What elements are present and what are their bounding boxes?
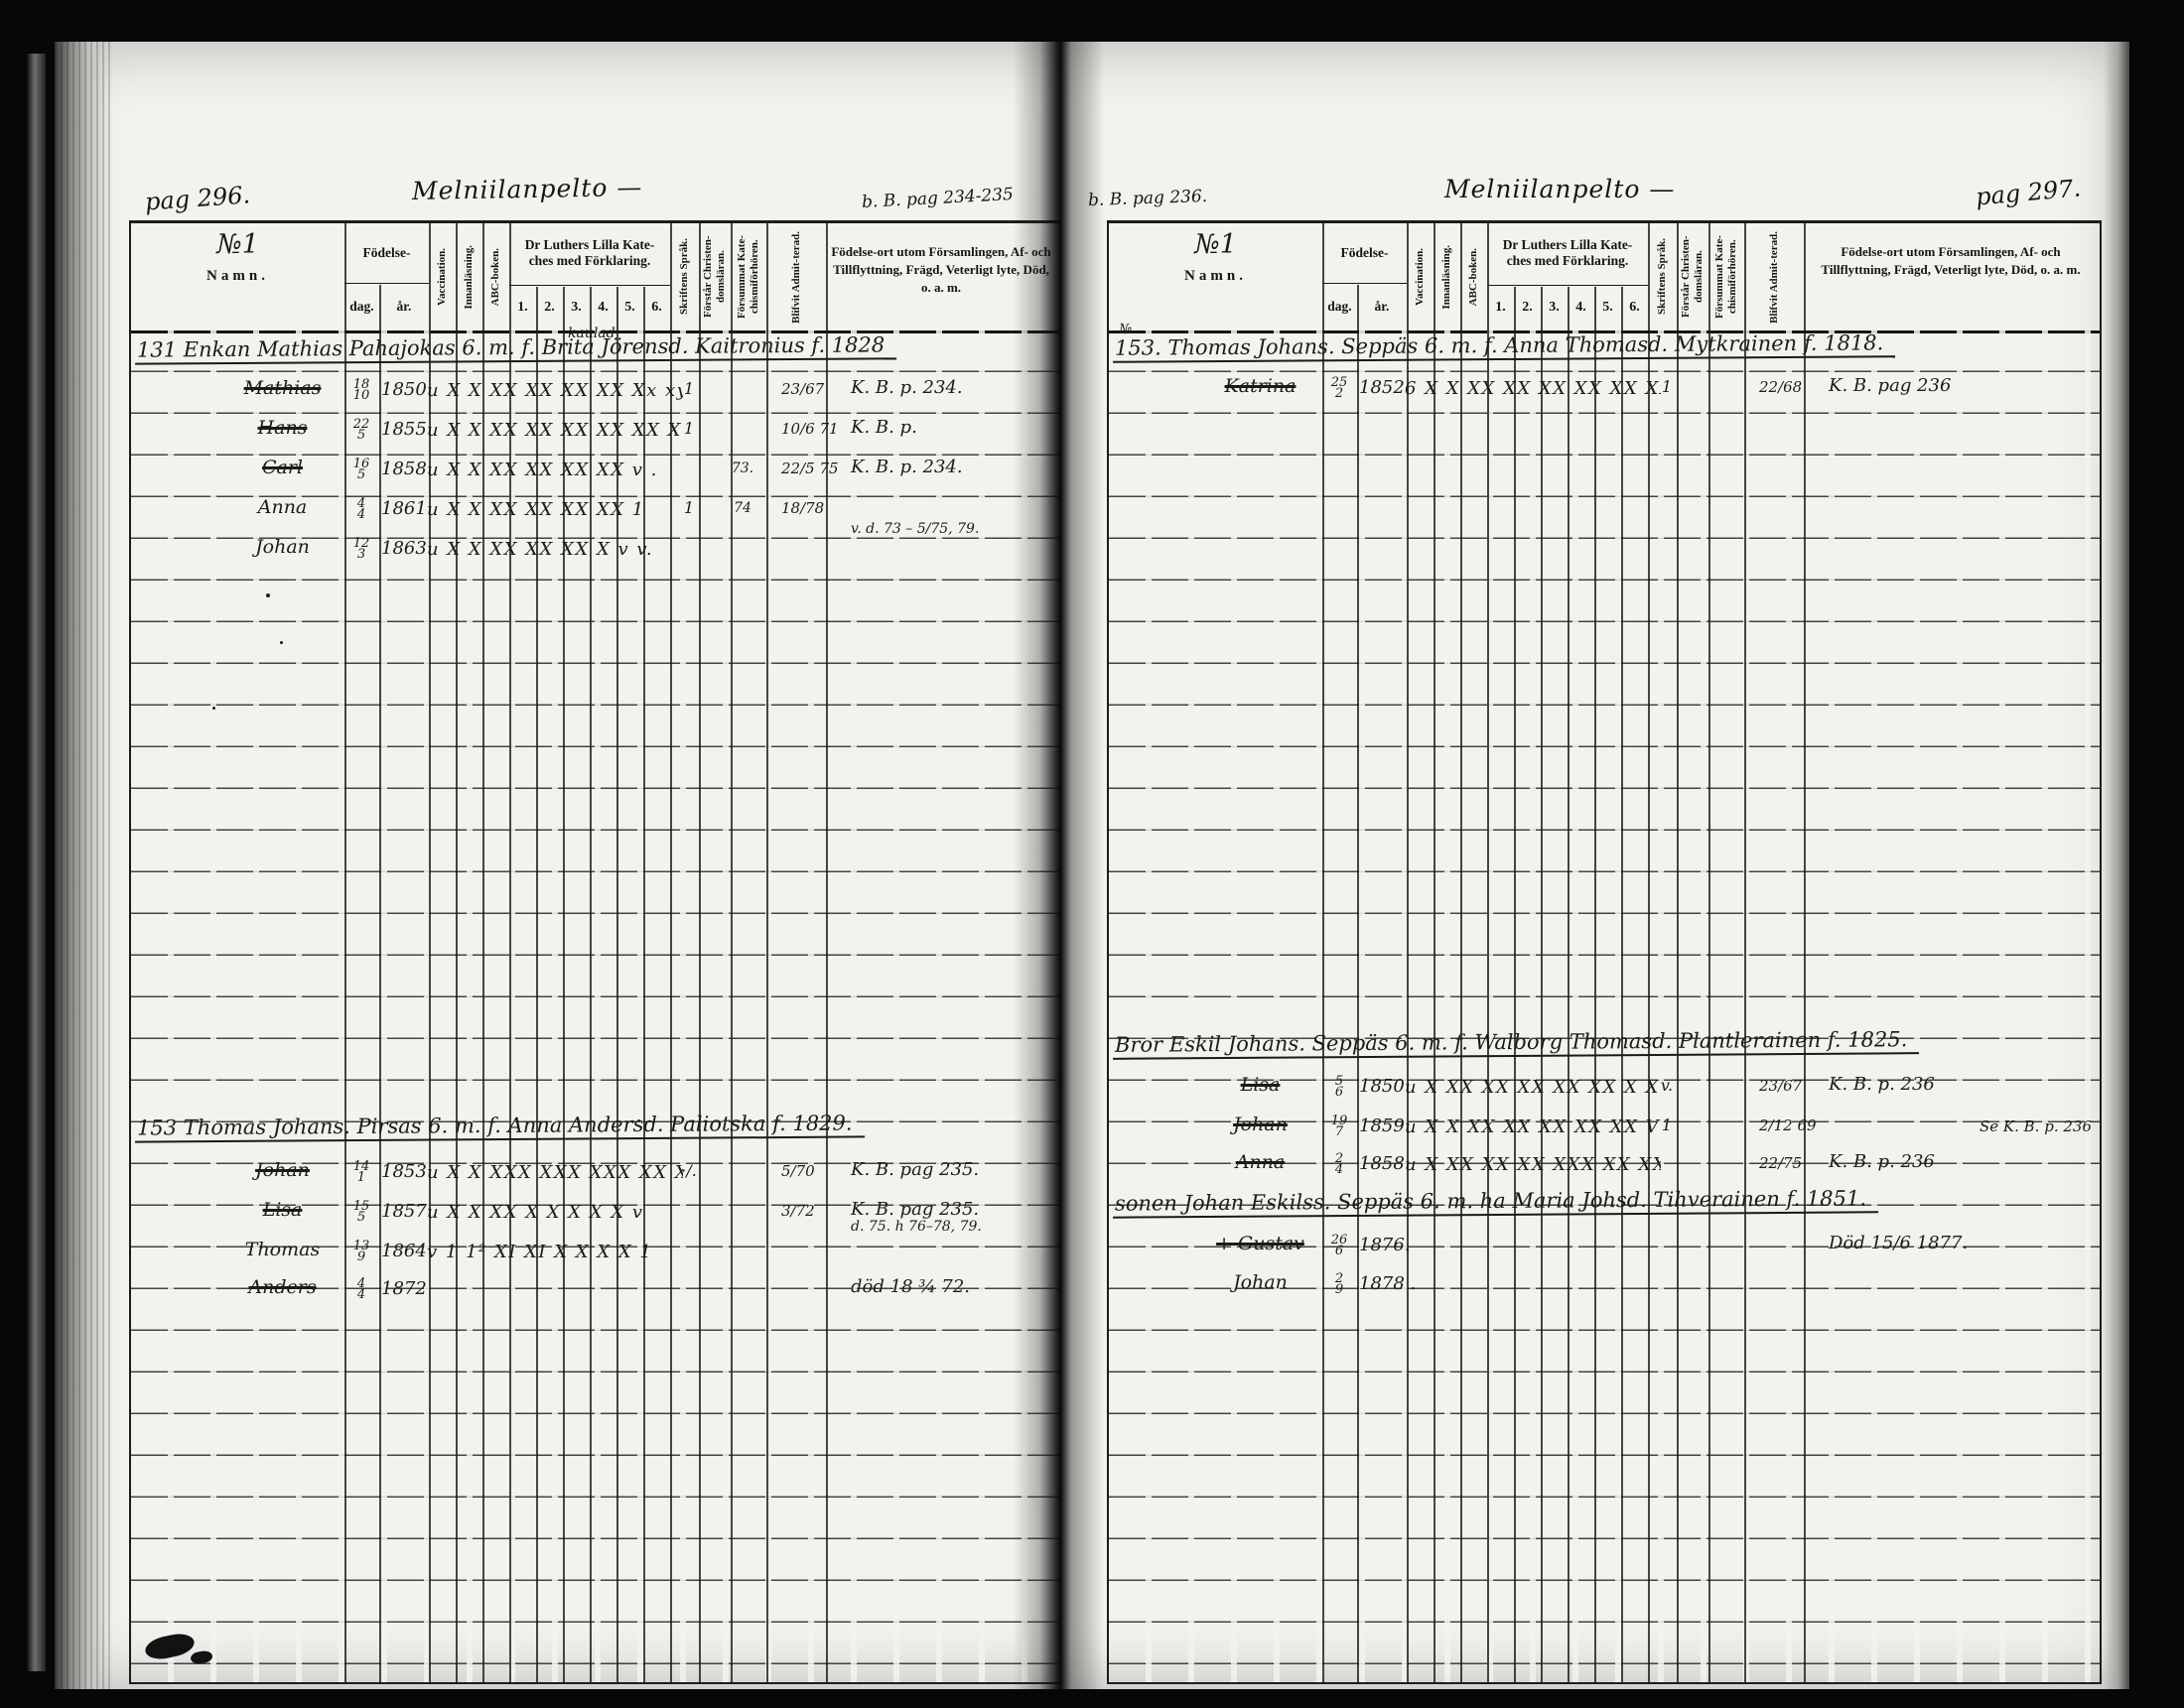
register-entry-name: Hans [201,417,364,439]
register-entry-family-line: 153 Thomas Johans. Pirsas 6. m. f. Anna … [135,1111,865,1142]
register-entry-remark: K. B. pag 236 [1829,375,1951,396]
register-entry-note: № [1119,322,1132,337]
register-entry-admit-date: 22/75 [1759,1154,1802,1172]
right-page-title: Melniilanpelto — [1444,175,1675,203]
register-entry-family-line: 153. Thomas Johans. Seppäs 6. m. f. Anna… [1113,330,1895,363]
column-line [379,285,381,1682]
register-entry-remark: K. B. p. 236 [1829,1074,1935,1095]
register-entry-remark: Död 15/6 1877. [1829,1233,1968,1253]
column-line [643,287,645,1682]
column-line [826,223,828,1682]
register-entry-name: Johan [1178,1114,1342,1135]
register-entry-birth-day: 139 [342,1241,380,1262]
register-entry-birth-year: 1859. [1359,1116,1411,1136]
register-entry-birth-year: 1876. [1359,1235,1411,1255]
column-line [1407,223,1409,1682]
column-line [616,287,618,1682]
register-entry-remark: K. B. pag 235. [851,1199,979,1220]
register-entry-family-line: Bror Eskil Johans. Seppäs 6. m. f. Walbo… [1113,1027,1920,1060]
register-entry-birth-day: 141 [342,1161,380,1183]
register-entry-admit-date: 10/6 71 [781,420,839,438]
column-line [766,223,768,1682]
register-entry-birth-year: 1850 [381,379,427,400]
left-page-title: Melniilanpelto — [412,173,643,205]
column-line [1804,223,1806,1682]
right-register-table: №1 Namn. Födelse- dag. år. Vaccination. … [1107,220,2102,1684]
register-entry-birth-day: 44 [342,1278,380,1300]
register-entry-birth-year: 1872 [381,1278,427,1299]
register-entry-birth-day: 44 [342,498,380,520]
column-line [482,223,484,1682]
column-line [1460,223,1462,1682]
register-entry-name: Johan [1178,1271,1342,1293]
ink-speck [212,707,215,710]
register-entry-birth-year: 1861 [381,498,427,519]
column-line [731,223,733,1682]
register-entry-name: Katrina [1178,375,1342,397]
column-line [563,287,565,1682]
register-entry-birth-year: 1852 [1359,377,1405,398]
register-entry-name: + Gustav [1178,1233,1342,1254]
column-line [1541,287,1543,1682]
page-stack-edge-right [2104,42,2129,1689]
register-entry-name: Carl [201,457,364,478]
column-line [1433,223,1435,1682]
register-entry-birth-day: 197 [1320,1116,1358,1137]
register-entry-birth-year: 1864 [381,1241,427,1261]
column-line [590,287,592,1682]
ink-speck [637,1119,640,1122]
register-entry-birth-year: 1853 [381,1161,427,1182]
register-entry-birth-year: 1858 [1359,1153,1405,1174]
column-line [1708,223,1710,1682]
register-entry-birth-day: 225 [342,419,380,441]
register-entry-birth-day: 56 [1320,1076,1358,1098]
register-entry-family-line: 131 Enkan Mathias Pahajokas 6. m. f. Bri… [135,332,896,364]
column-line [1594,287,1596,1682]
register-entry-name: Lisa [201,1199,364,1221]
register-entry-remark: död 18 ¾ 72. [851,1276,970,1297]
register-entry-admit-date: 23/67 [1759,1077,1802,1095]
register-entry-remark-2: d. 75. h 76–78, 79. [851,1219,982,1235]
register-entry-birth-day: 123 [342,538,380,560]
left-register-table: №1 Namn. Födelse- dag. år. Vaccination. … [129,220,1061,1684]
register-entry-name: Thomas [201,1239,364,1260]
column-line [429,223,431,1682]
column-line [456,223,458,1682]
column-line [1621,287,1623,1682]
left-page-entries: kaulad131 Enkan Mathias Pahajokas 6. m. … [131,223,1059,1682]
register-entry-birth-day: 155 [342,1201,380,1223]
register-entry-forsummat: 74 [729,500,756,516]
column-line [670,223,672,1682]
register-entry-admit-date: 3/72 [781,1202,815,1220]
column-line [1648,223,1650,1682]
column-line [344,223,346,1682]
register-entry-birth-year: 1863 [381,538,427,559]
column-line [1514,287,1516,1682]
register-entry-remark: K. B. p. 236 [1829,1151,1935,1172]
register-entry-admit-date: 2/12 69 [1759,1117,1817,1134]
column-line [1568,287,1570,1682]
register-entry-admit-date: 22/68 [1759,378,1802,396]
right-page-corner-note: b. B. pag 236. [1088,187,1208,210]
binding-gutter [1013,42,1104,1689]
book-cover-edge [26,54,46,1671]
column-line [536,287,538,1682]
register-entry-name: Johan [201,536,364,558]
register-entry-name: Mathias [201,377,364,399]
register-entry-remark: K. B. p. 234. [851,457,963,477]
register-entry-remark: K. B. pag 235. [851,1159,979,1180]
register-entry-birth-day: 29 [1320,1273,1358,1295]
register-entry-name: Anders [201,1276,364,1298]
register-entry-remark-far: Se K. B. p. 236 [1943,1117,2092,1135]
register-entry-name: Johan [201,1159,364,1181]
register-entry-admit-date: 23/67 [781,380,824,398]
register-entry-birth-day: 266 [1320,1235,1358,1256]
register-entry-admit-date: 22/5 75 [781,460,839,477]
ink-speck [280,641,283,644]
register-entry-birth-day: 1810 [342,379,380,401]
register-entry-birth-day: 252 [1320,377,1358,399]
register-entry-birth-year: 1850 [1359,1076,1405,1097]
column-line [1744,223,1746,1682]
register-entry-note: v. d. 73 – 5/75, 79. [851,521,979,537]
register-entry-birth-year: 1858 [381,459,427,479]
register-entry-name: Anna [201,496,364,518]
register-entry-birth-year: 1857. [381,1201,433,1222]
register-entry-birth-day: 24 [1320,1153,1358,1175]
register-entry-name: Anna [1178,1151,1342,1173]
register-entry-family-line: sonen Johan Eskilss. Seppäs 6. m. ha Mar… [1113,1186,1878,1218]
register-entry-forsummat: 73. [729,460,756,476]
column-line [1357,285,1359,1682]
book-scan: pag 296. Melniilanpelto — b. B. pag 234-… [0,0,2184,1708]
ink-speck [266,593,270,597]
right-page-entries: №153. Thomas Johans. Seppäs 6. m. f. Ann… [1109,223,2100,1682]
column-line [1487,223,1489,1682]
register-entry-remark: K. B. p. [851,417,917,438]
register-entry-admit-date: 18/78 [781,499,824,517]
column-line [509,223,511,1682]
column-line [699,223,701,1682]
register-entry-remark: K. B. p. 234. [851,377,963,398]
register-entry-birth-year: 1855. [381,419,433,440]
register-entry-name: Lisa [1178,1074,1342,1096]
register-entry-birth-day: 165 [342,459,380,480]
column-line [1677,223,1679,1682]
register-entry-admit-date: 5/70 [781,1162,815,1180]
column-line [1322,223,1324,1682]
page-stack-edge-left [55,42,112,1689]
